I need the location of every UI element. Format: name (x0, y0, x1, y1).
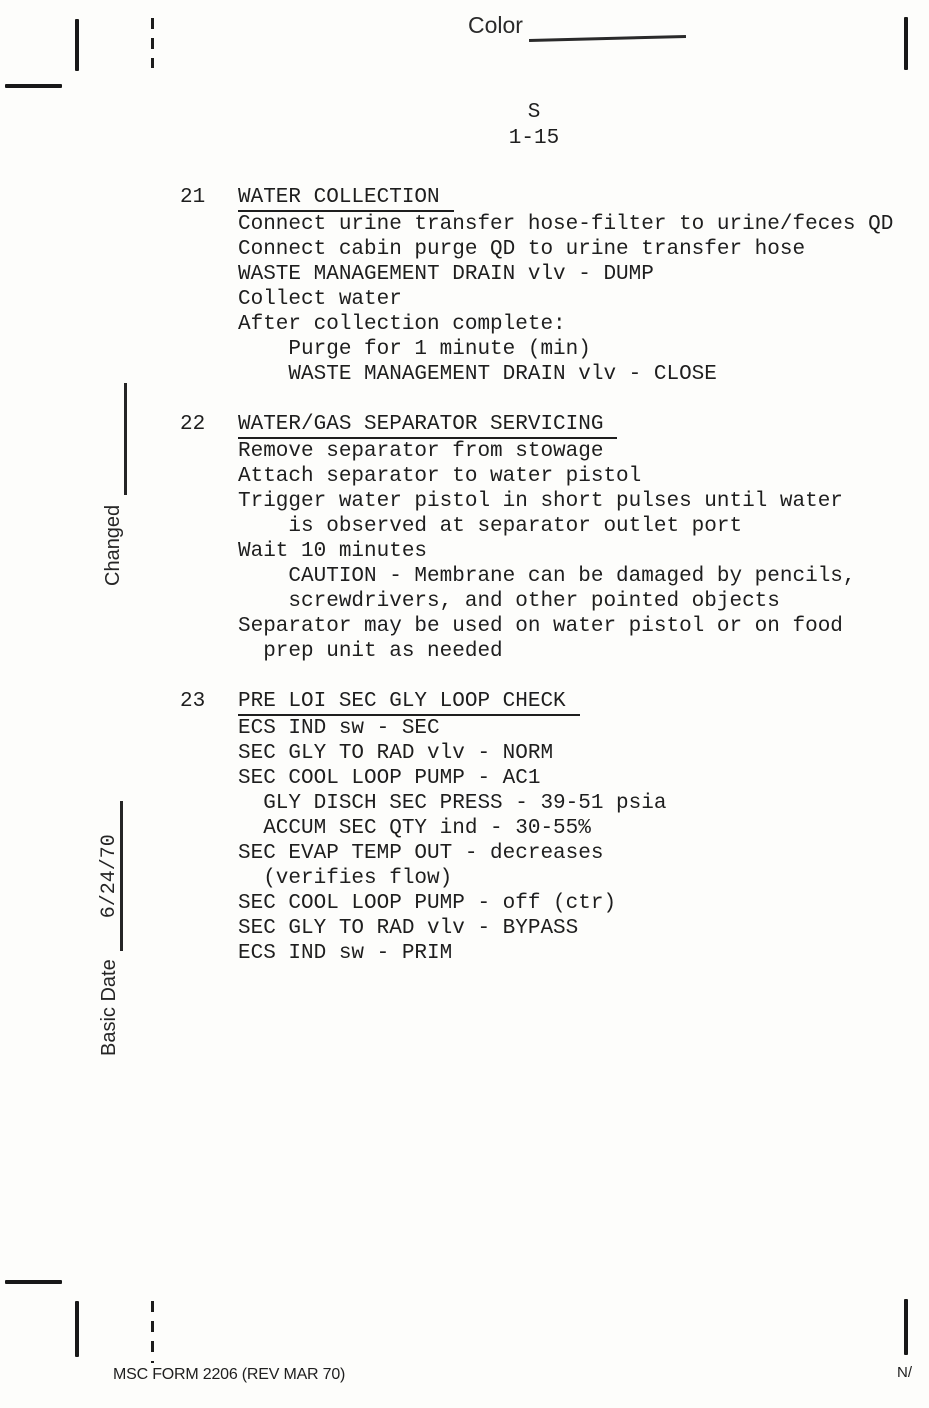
bottom-right-registration-bar (904, 1299, 908, 1355)
checklist-step: CAUTION - Membrane can be damaged by pen… (238, 564, 856, 589)
checklist-step: Connect cabin purge QD to urine transfer… (238, 237, 893, 262)
checklist-step: Separator may be used on water pistol or… (238, 614, 856, 639)
section-title: PRE LOI SEC GLY LOOP CHECK (238, 689, 580, 716)
checklist-step: Collect water (238, 287, 893, 312)
section-title: WATER/GAS SEPARATOR SERVICING (238, 412, 617, 439)
section-number: 22 (180, 412, 238, 437)
top-left-registration-bar (75, 19, 79, 71)
checklist-step: Trigger water pistol in short pulses unt… (238, 489, 856, 514)
changed-blank-line (100, 383, 127, 495)
bottom-left-registration-bar (75, 1301, 79, 1357)
basic-date-field: Basic Date6/24/70 (96, 801, 123, 1056)
checklist-step: Purge for 1 minute (min) (238, 337, 893, 362)
basic-date-label: Basic Date (98, 959, 120, 1056)
basic-date-value: 6/24/70 (96, 801, 123, 951)
checklist-step: screwdrivers, and other pointed objects (238, 589, 856, 614)
page-letter: S (503, 100, 565, 126)
section-number: 23 (180, 689, 238, 714)
color-field-label: Color (468, 12, 523, 39)
section-water-collection: 21 WATER COLLECTION Connect urine transf… (180, 185, 893, 387)
checklist-step: Attach separator to water pistol (238, 464, 856, 489)
checklist-step: WASTE MANAGEMENT DRAIN vlv - DUMP (238, 262, 893, 287)
checklist-step: SEC GLY TO RAD vlv - NORM (238, 741, 666, 766)
checklist-step: WASTE MANAGEMENT DRAIN vlv - CLOSE (238, 362, 893, 387)
checklist-step: prep unit as needed (238, 639, 856, 664)
checklist-step: SEC EVAP TEMP OUT - decreases (238, 841, 666, 866)
changed-label: Changed (102, 505, 124, 586)
bottom-left-dashed-mark (151, 1301, 154, 1363)
footer-right-text: N/ (897, 1364, 912, 1381)
checklist-step: SEC GLY TO RAD vlv - BYPASS (238, 916, 666, 941)
checklist-step: Connect urine transfer hose-filter to ur… (238, 212, 893, 237)
checklist-step: After collection complete: (238, 312, 893, 337)
page-identifier: S 1-15 (503, 100, 565, 152)
checklist-step: ACCUM SEC QTY ind - 30-55% (238, 816, 666, 841)
changed-field: Changed (100, 383, 127, 586)
section-number: 21 (180, 185, 238, 210)
checklist-step: is observed at separator outlet port (238, 514, 856, 539)
checklist-step: Wait 10 minutes (238, 539, 856, 564)
page-number: 1-15 (503, 126, 565, 152)
checklist-step: SEC COOL LOOP PUMP - AC1 (238, 766, 666, 791)
form-number: MSC FORM 2206 (REV MAR 70) (113, 1366, 345, 1384)
section-separator-servicing: 22 WATER/GAS SEPARATOR SERVICING Remove … (180, 412, 893, 664)
section-title: WATER COLLECTION (238, 185, 454, 212)
checklist-body: 21 WATER COLLECTION Connect urine transf… (180, 185, 893, 966)
checklist-step: Remove separator from stowage (238, 439, 856, 464)
checklist-page: Color S 1-15 21 WATER COLLECTION Connect… (0, 0, 929, 1408)
bottom-left-horizontal-mark (5, 1280, 62, 1284)
top-left-dashed-mark (151, 18, 154, 68)
checklist-step: GLY DISCH SEC PRESS - 39-51 psia (238, 791, 666, 816)
checklist-step: (verifies flow) (238, 866, 666, 891)
section-pre-loi-gly-loop-check: 23 PRE LOI SEC GLY LOOP CHECK ECS IND sw… (180, 689, 893, 966)
checklist-step: ECS IND sw - SEC (238, 716, 666, 741)
color-field-blank-line (529, 35, 686, 42)
top-left-horizontal-mark (5, 84, 62, 88)
checklist-step: SEC COOL LOOP PUMP - off (ctr) (238, 891, 666, 916)
checklist-step: ECS IND sw - PRIM (238, 941, 666, 966)
top-right-registration-bar (904, 17, 908, 70)
